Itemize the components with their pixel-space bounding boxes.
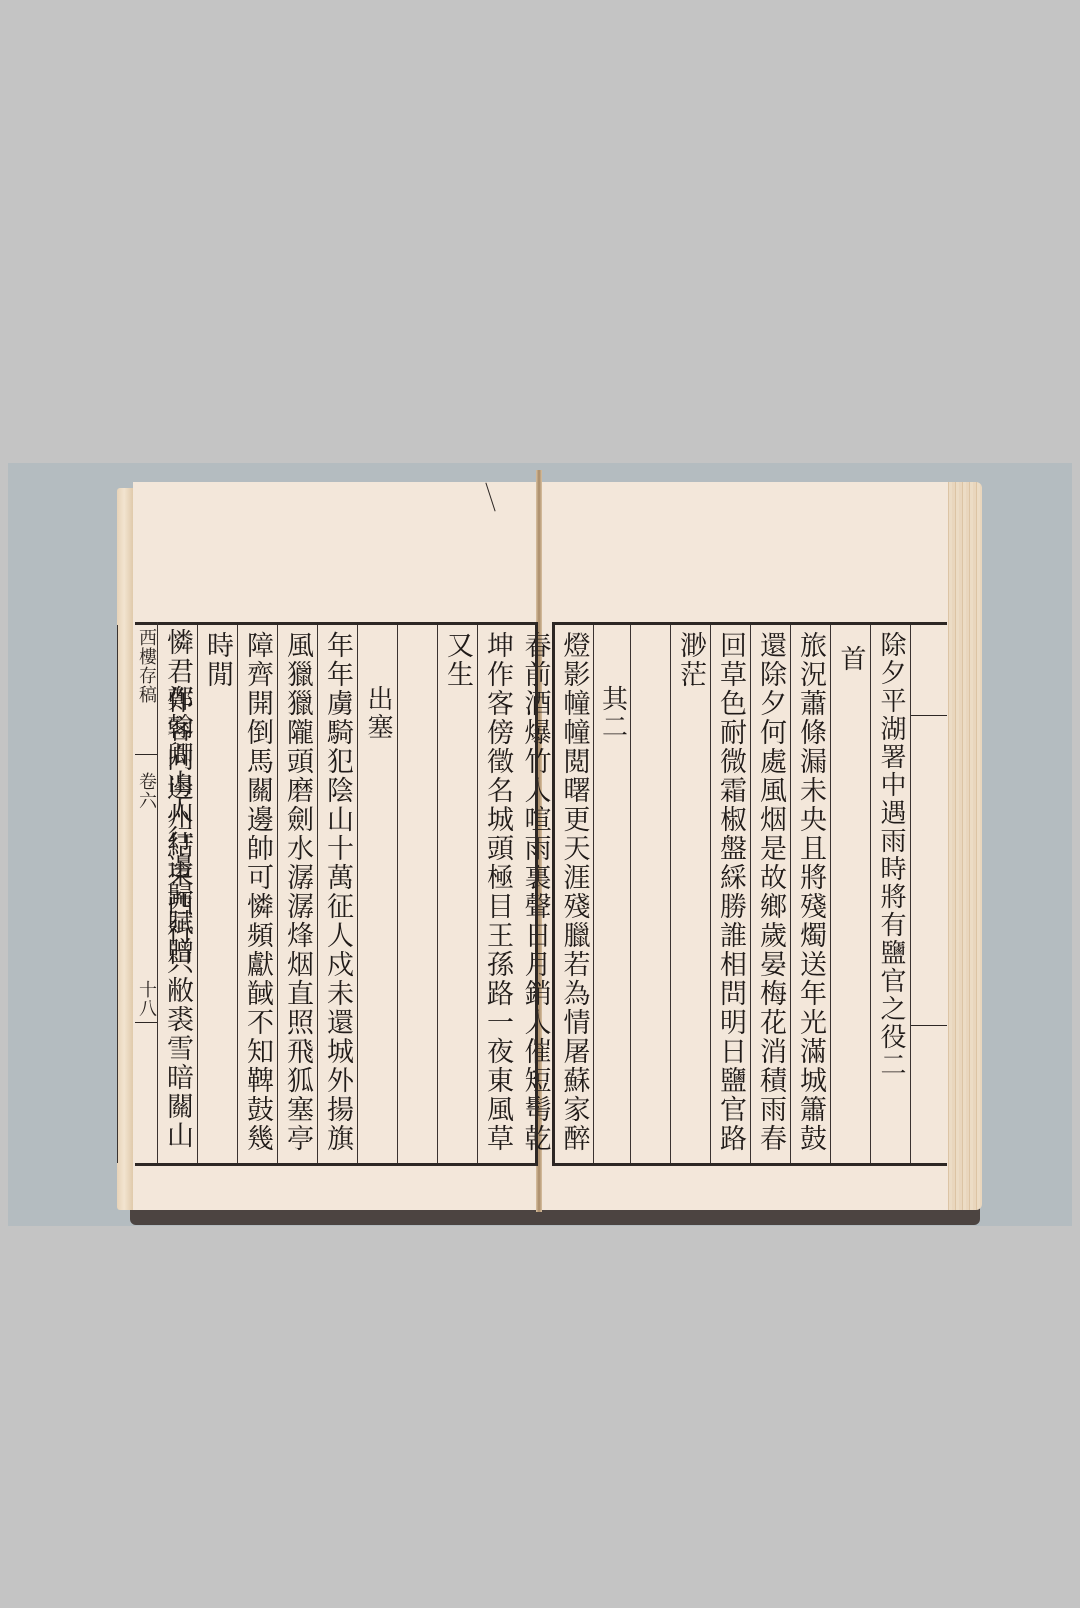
- verse-line: 旅況蕭條漏未央且將殘燭送年光滿城簫鼓: [797, 631, 824, 1153]
- fishtail-mark: [911, 1025, 947, 1036]
- verse-line: 還除夕何處風烟是故鄉歲晏梅花消積雨春: [757, 631, 784, 1153]
- text-column: 除夕平湖署中遇雨時將有鹽官之役二: [870, 625, 910, 1163]
- text-column: 時閒: [197, 625, 237, 1163]
- verse-line: 年年虜騎犯陰山十萬征人戍未還城外揚旗: [324, 631, 351, 1153]
- text-column: 旅況蕭條漏未央且將殘燭送年光滿城簫鼓: [790, 625, 830, 1163]
- fishtail-mark: [911, 715, 947, 726]
- text-column: 還除夕何處風烟是故鄉歲晏梅花消積雨春: [750, 625, 790, 1163]
- text-column: 燈影幢幢閲曙更天涯殘臘若為情屠蘇家醉: [555, 625, 593, 1163]
- text-column: 其二: [593, 625, 630, 1163]
- verse-line: 障齊開倒馬關邊帥可憐頻獻馘不知鞞鼓幾: [244, 631, 271, 1153]
- right-page-text-frame: 除夕平湖署中遇雨時將有鹽官之役二 首 旅況蕭條漏未央且將殘燭送年光滿城簫鼓 還除…: [552, 622, 947, 1166]
- blank-column: [397, 625, 437, 1163]
- verse-line: 時閒: [204, 631, 231, 689]
- poem-title: 出塞: [364, 685, 391, 741]
- verse-line: 渺茫: [677, 631, 704, 689]
- right-page-edge: [945, 482, 982, 1210]
- text-column: 坤作客傍徵名城頭極目王孫路一夜東風草: [477, 625, 517, 1163]
- text-column: 回草色耐微霜椒盤綵勝誰相問明日鹽官路: [710, 625, 750, 1163]
- text-column: 又生: [437, 625, 477, 1163]
- verse-line: 燈影幢幢閲曙更天涯殘臘若為情屠蘇家醉: [561, 631, 588, 1153]
- volume-label: 卷六: [133, 772, 159, 810]
- verse-line: 憐君作客向邊州結束西行只敝裘雪暗關山: [164, 628, 191, 1150]
- text-column: 障齊開倒馬關邊帥可憐頻獻馘不知鞞鼓幾: [237, 625, 277, 1163]
- poem-title-continued: 首: [837, 645, 864, 673]
- verse-line: 坤作客傍徵名城頭極目王孫路一夜東風草: [484, 631, 511, 1153]
- poem-subtitle: 其二: [599, 685, 626, 741]
- text-column: 憐君作客向邊州結束西行只敝裘雪暗關山: [157, 622, 197, 1160]
- blank-column: [630, 625, 670, 1163]
- poem-title: 除夕平湖署中遇雨時將有鹽官之役二: [877, 631, 904, 1079]
- fishtail-mark: [135, 754, 157, 765]
- right-margin-column: [910, 625, 947, 1163]
- text-column: 年年虜騎犯陰山十萬征人戍未還城外揚旗: [317, 625, 357, 1163]
- book-title-label: 西樓存稿: [133, 628, 159, 704]
- page-number-label: 十八: [133, 980, 159, 1018]
- text-column: 出塞: [357, 625, 397, 1163]
- fishtail-mark: [135, 1022, 157, 1033]
- text-column: 風獵獵隴頭磨劍水潺潺烽烟直照飛狐塞亭: [277, 625, 317, 1163]
- text-column: 首: [830, 625, 870, 1163]
- verse-line: 風獵獵隴頭磨劍水潺潺烽烟直照飛狐塞亭: [284, 631, 311, 1153]
- page-margin-column: 西樓存稿 卷六 十八: [135, 622, 157, 1160]
- verse-line: 又生: [444, 631, 471, 689]
- text-column: 渺茫: [670, 625, 710, 1163]
- verse-line: 回草色耐微霜椒盤綵勝誰相問明日鹽官路: [717, 631, 744, 1153]
